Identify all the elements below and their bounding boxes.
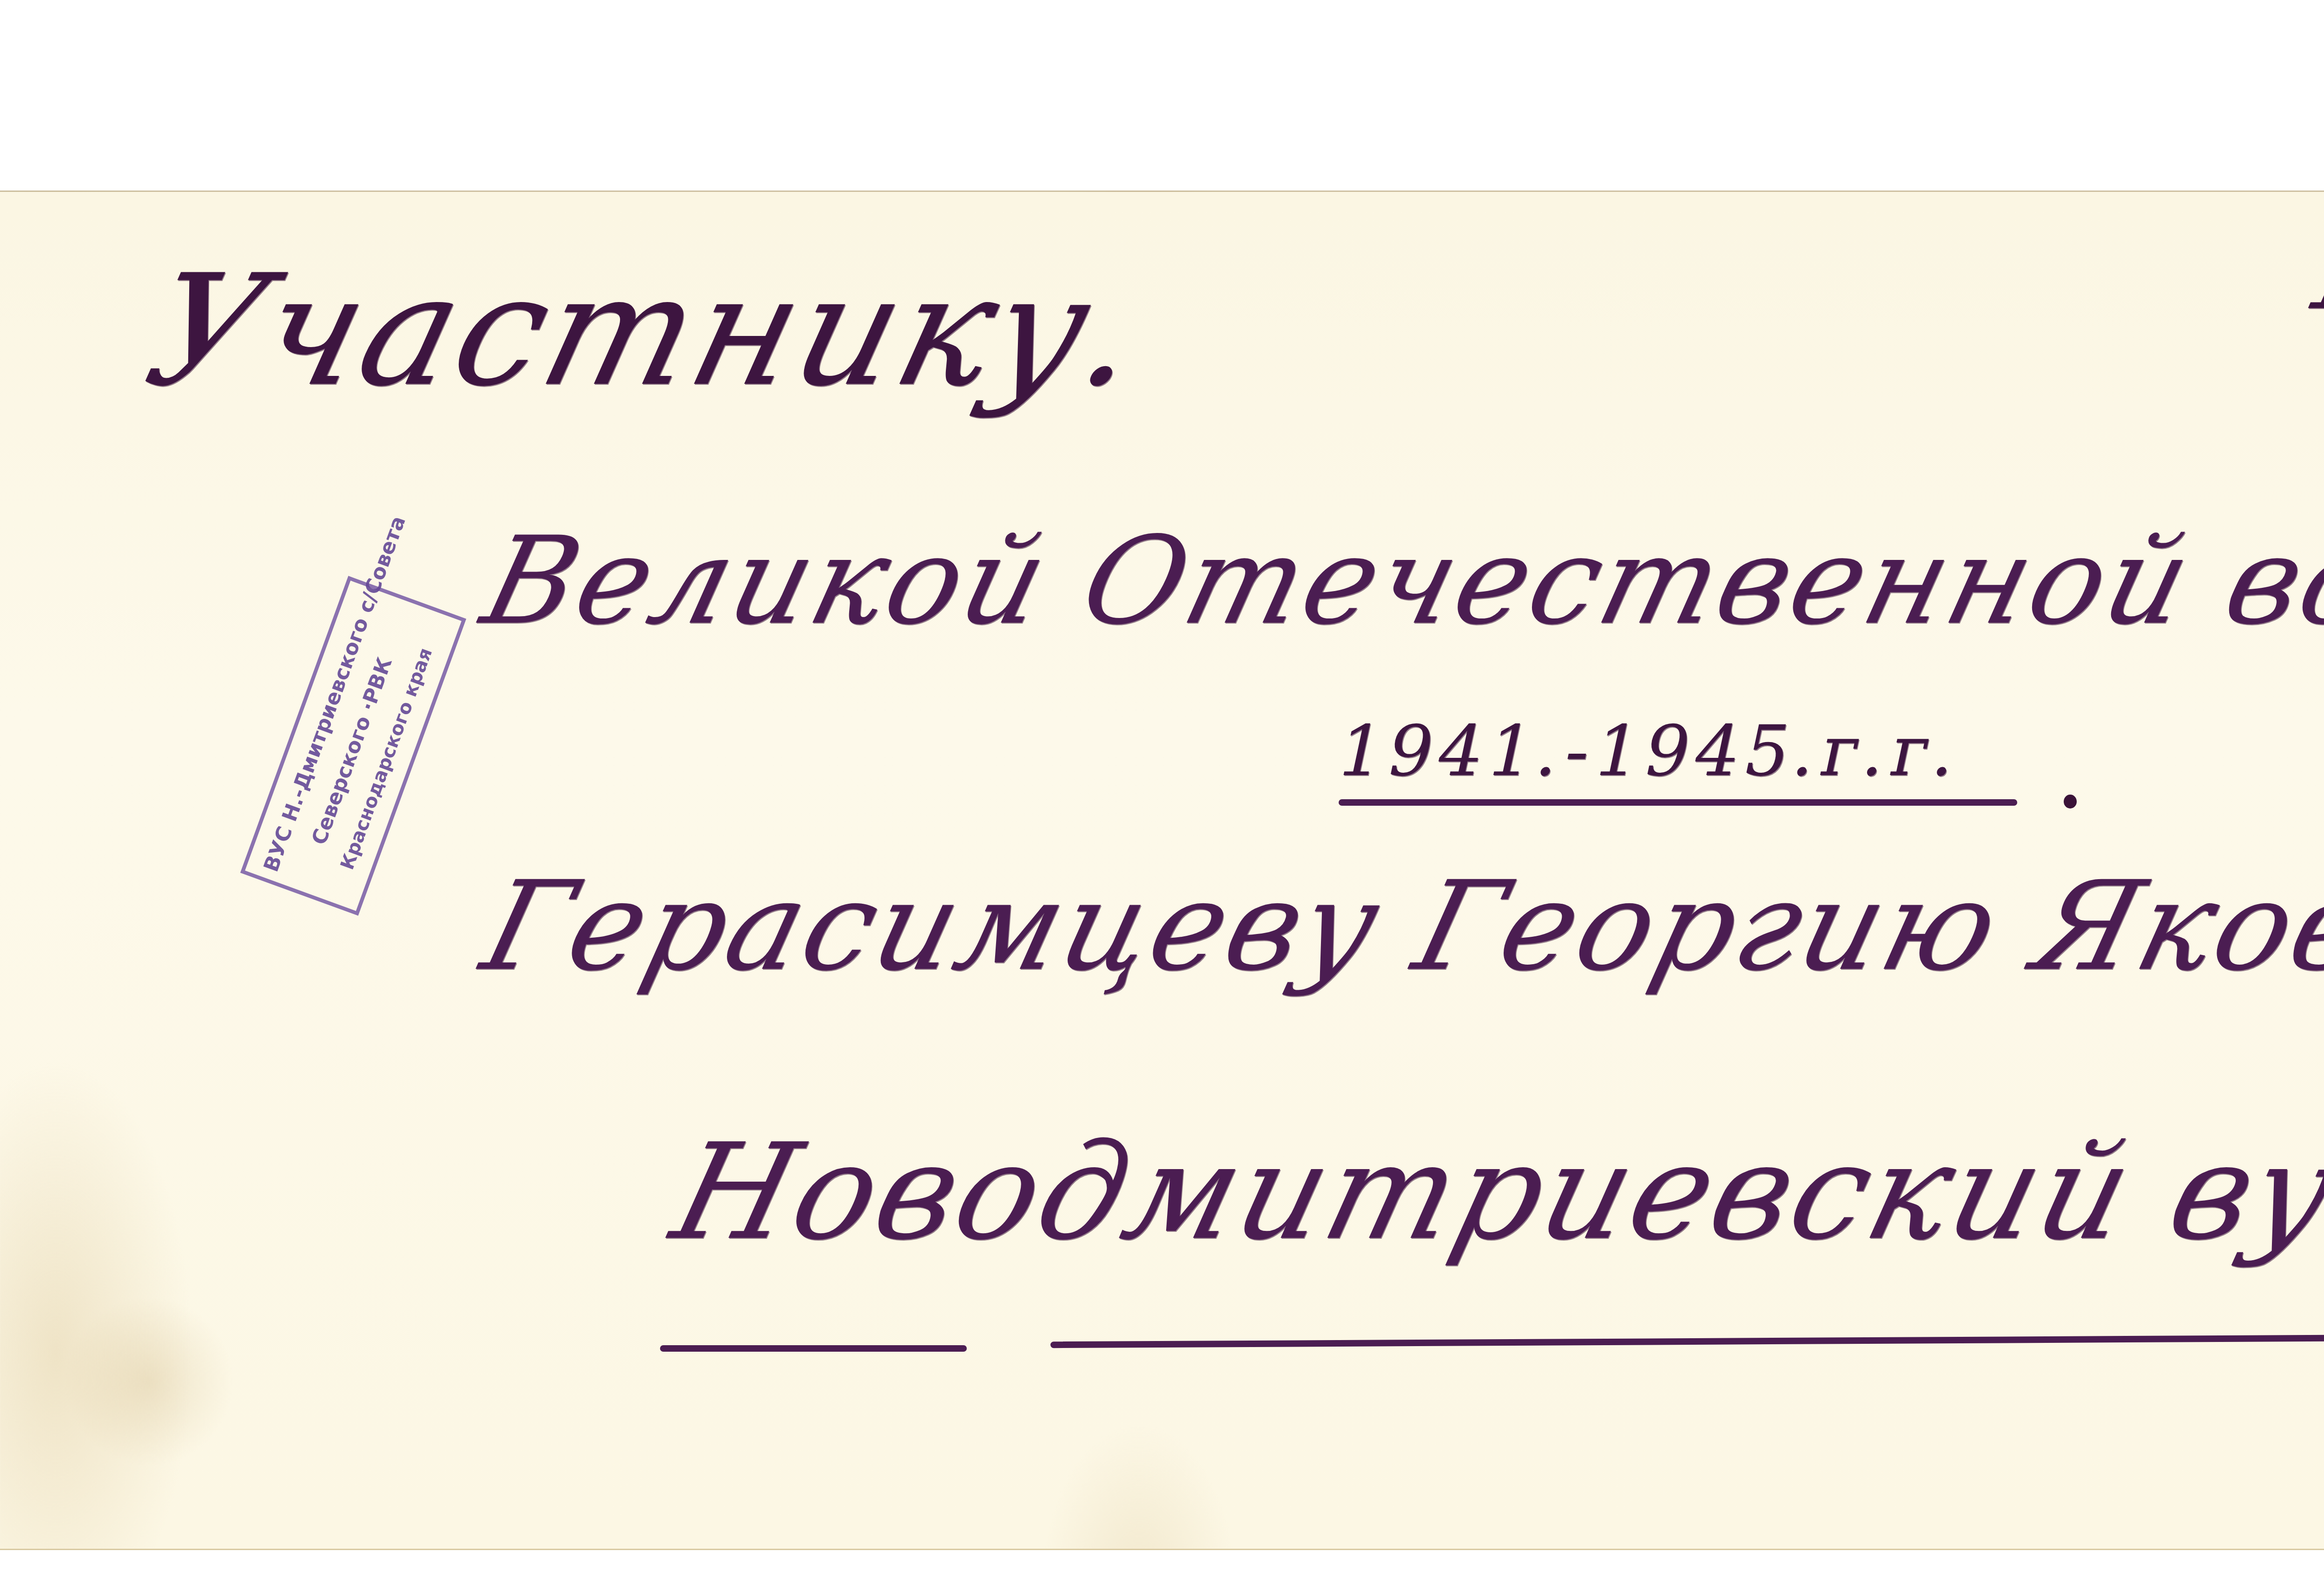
line-recipient-name: Герасимцеву Георгию Яковлевичу. [470, 855, 2324, 998]
underline [660, 1345, 967, 1352]
period-mark [2064, 795, 2077, 809]
underline [1339, 799, 2017, 806]
heading-participant: Участнику. [131, 242, 1162, 420]
line-dates: 1941.-1945.г.г. [1330, 711, 1971, 792]
line-great-patriotic-war: Великой Отечественной войны [470, 511, 2324, 651]
line-military-office: Новодмитриевский вус. [660, 1115, 2324, 1269]
